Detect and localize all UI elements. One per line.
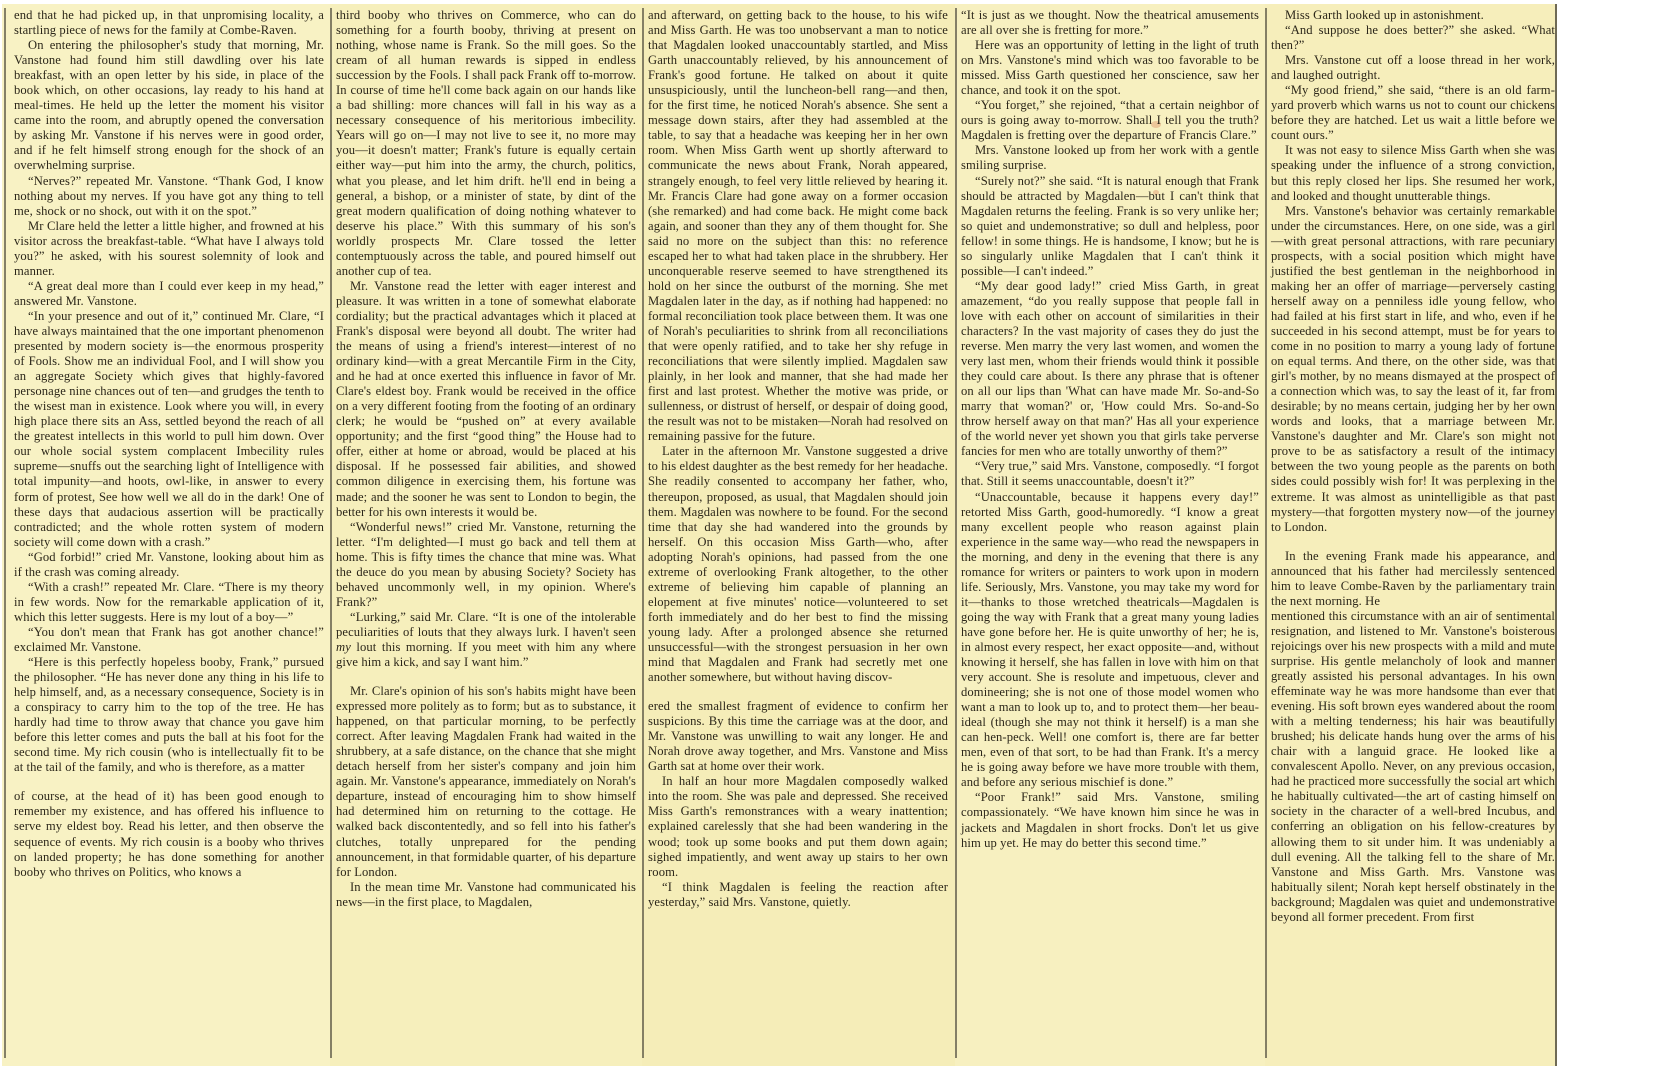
newspaper-page: end that he had picked up, in that unpro… xyxy=(0,0,1663,1080)
emphasis: my xyxy=(336,640,351,654)
column-rule xyxy=(330,8,332,1058)
paragraph: of course, at the head of it) has been g… xyxy=(14,789,324,879)
column-rule xyxy=(4,8,6,1058)
paragraph: and afterward, on getting back to the ho… xyxy=(648,8,948,444)
column-rule xyxy=(955,8,957,1058)
paragraph: In the evening Frank made his appearance… xyxy=(1271,549,1555,609)
paragraph: On entering the philosopher's study that… xyxy=(14,38,324,173)
paragraph: “You don't mean that Frank has got anoth… xyxy=(14,625,324,655)
paragraph: Mrs. Vanstone cut off a loose thread in … xyxy=(1271,53,1555,83)
paragraph: Here was an opportunity of letting in th… xyxy=(961,38,1259,98)
paragraph: “God forbid!” cried Mr. Vanstone, lookin… xyxy=(14,550,324,580)
paragraph: “You forget,” she rejoined, “that a cert… xyxy=(961,98,1259,143)
text-column-5: Miss Garth looked up in astonishment.“An… xyxy=(1271,8,1555,925)
paragraph: “My good friend,” she said, “there is an… xyxy=(1271,83,1555,143)
text-column-2: third booby who thrives on Commerce, who… xyxy=(336,8,636,910)
paragraph: Miss Garth looked up in astonishment. xyxy=(1271,8,1555,23)
paragraph: “Surely not?” she said. “It is natural e… xyxy=(961,174,1259,279)
paragraph: “Very true,” said Mrs. Vanstone, compose… xyxy=(961,459,1259,489)
paragraph: It was not easy to silence Miss Garth wh… xyxy=(1271,143,1555,203)
paragraph: end that he had picked up, in that unpro… xyxy=(14,8,324,38)
column-rule xyxy=(1265,8,1267,1058)
paragraph: “A great deal more than I could ever kee… xyxy=(14,279,324,309)
text-column-1: end that he had picked up, in that unpro… xyxy=(14,8,324,880)
column-rule xyxy=(642,8,644,1058)
paragraph: “Lurking,” said Mr. Clare. “It is one of… xyxy=(336,610,636,670)
paragraph: “Here is this perfectly hopeless booby, … xyxy=(14,655,324,775)
paragraph: “My dear good lady!” cried Miss Garth, i… xyxy=(961,279,1259,460)
paragraph: “Nerves?” repeated Mr. Vanstone. “Thank … xyxy=(14,174,324,219)
paragraph: Mrs. Vanstone's behavior was certainly r… xyxy=(1271,204,1555,535)
paragraph: Later in the afternoon Mr. Vanstone sugg… xyxy=(648,444,948,685)
paragraph: third booby who thrives on Commerce, who… xyxy=(336,8,636,279)
paragraph: Mr Clare held the letter a little higher… xyxy=(14,219,324,279)
text-column-4: “It is just as we thought. Now the theat… xyxy=(961,8,1259,851)
text-column-3: and afterward, on getting back to the ho… xyxy=(648,8,948,910)
paragraph: Mr. Clare's opinion of his son's habits … xyxy=(336,684,636,880)
paragraph: “And suppose he does better?” she asked.… xyxy=(1271,23,1555,53)
paragraph: In half an hour more Magdalen composedly… xyxy=(648,774,948,879)
paragraph: Mrs. Vanstone looked up from her work wi… xyxy=(961,143,1259,173)
paragraph: “Poor Frank!” said Mrs. Vanstone, smilin… xyxy=(961,790,1259,850)
paragraph: Mr. Vanstone read the letter with eager … xyxy=(336,279,636,520)
paragraph: “I think Magdalen is feeling the reactio… xyxy=(648,880,948,910)
paragraph: In the mean time Mr. Vanstone had commun… xyxy=(336,880,636,910)
paragraph: mentioned this circumstance with an air … xyxy=(1271,609,1555,925)
paragraph: “With a crash!” repeated Mr. Clare. “The… xyxy=(14,580,324,625)
paragraph: “In your presence and out of it,” contin… xyxy=(14,309,324,550)
paragraph: “Wonderful news!” cried Mr. Vanstone, re… xyxy=(336,520,636,610)
paragraph: ered the smallest fragment of evidence t… xyxy=(648,699,948,774)
paragraph: “It is just as we thought. Now the theat… xyxy=(961,8,1259,38)
paragraph: “Unaccountable, because it happens every… xyxy=(961,490,1259,791)
